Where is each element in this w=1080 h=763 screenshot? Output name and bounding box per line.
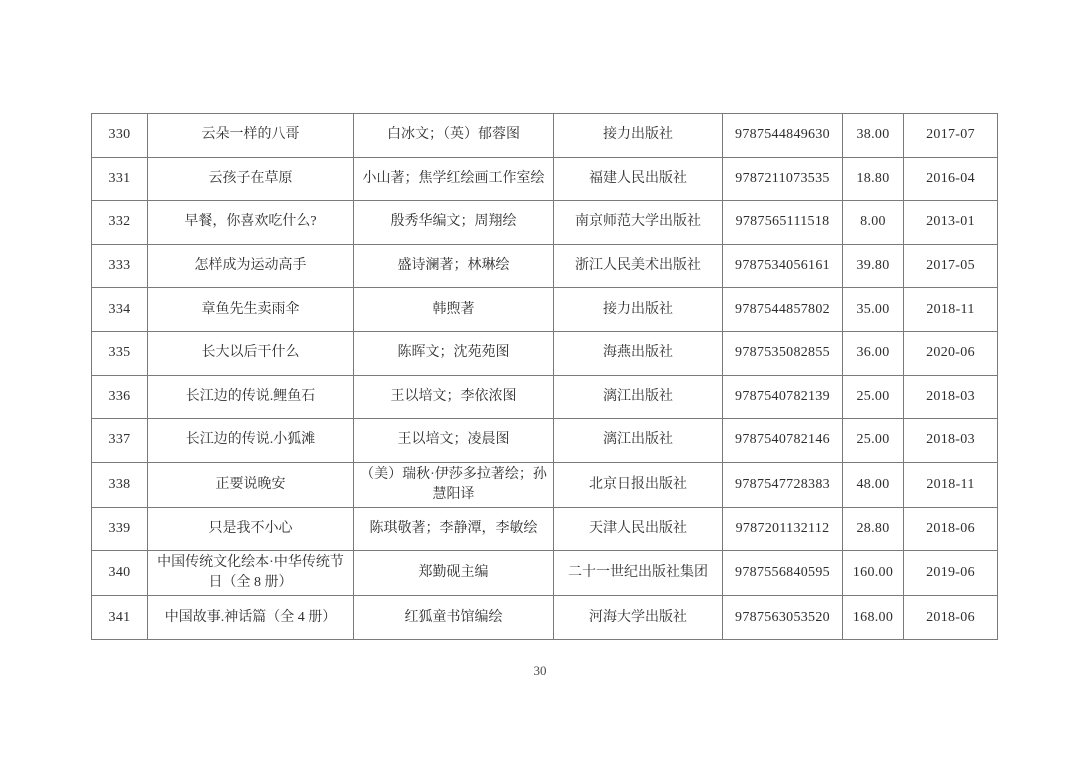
cell-isbn: 9787540782146 [723, 419, 843, 463]
cell-date: 2018-06 [904, 507, 998, 551]
cell-index: 336 [92, 375, 148, 419]
cell-author: 韩煦著 [354, 288, 554, 332]
cell-price: 38.00 [843, 114, 904, 158]
cell-isbn: 9787544849630 [723, 114, 843, 158]
cell-author: 陈琪敬著；李静潭，李敏绘 [354, 507, 554, 551]
cell-isbn: 9787535082855 [723, 331, 843, 375]
cell-publisher: 河海大学出版社 [554, 596, 723, 640]
cell-index: 335 [92, 331, 148, 375]
cell-price: 168.00 [843, 596, 904, 640]
cell-author: 白冰文；（英）郁蓉图 [354, 114, 554, 158]
cell-isbn: 9787544857802 [723, 288, 843, 332]
table-row: 337长江边的传说.小狐滩王以培文；凌晨图漓江出版社97875407821462… [92, 419, 998, 463]
cell-price: 18.80 [843, 157, 904, 201]
cell-price: 48.00 [843, 462, 904, 507]
document-page: 330云朵一样的八哥白冰文；（英）郁蓉图接力出版社978754484963038… [0, 0, 1080, 763]
cell-author: 盛诗澜著；林琳绘 [354, 244, 554, 288]
cell-title: 怎样成为运动高手 [148, 244, 354, 288]
cell-author: 王以培文；凌晨图 [354, 419, 554, 463]
cell-date: 2018-03 [904, 375, 998, 419]
cell-author: 王以培文；李依浓图 [354, 375, 554, 419]
cell-author: 红狐童书馆编绘 [354, 596, 554, 640]
cell-publisher: 南京师范大学出版社 [554, 201, 723, 245]
cell-index: 338 [92, 462, 148, 507]
cell-index: 332 [92, 201, 148, 245]
cell-publisher: 接力出版社 [554, 288, 723, 332]
cell-publisher: 接力出版社 [554, 114, 723, 158]
cell-index: 340 [92, 551, 148, 596]
cell-price: 160.00 [843, 551, 904, 596]
cell-price: 8.00 [843, 201, 904, 245]
cell-title: 长大以后干什么 [148, 331, 354, 375]
cell-isbn: 9787534056161 [723, 244, 843, 288]
page-number: 30 [0, 663, 1080, 679]
cell-date: 2018-06 [904, 596, 998, 640]
cell-publisher: 天津人民出版社 [554, 507, 723, 551]
table-row: 331云孩子在草原小山著；焦学红绘画工作室绘福建人民出版社97872110735… [92, 157, 998, 201]
cell-price: 25.00 [843, 419, 904, 463]
cell-title: 正要说晚安 [148, 462, 354, 507]
table-body: 330云朵一样的八哥白冰文；（英）郁蓉图接力出版社978754484963038… [92, 114, 998, 640]
cell-date: 2018-11 [904, 462, 998, 507]
cell-index: 331 [92, 157, 148, 201]
cell-publisher: 福建人民出版社 [554, 157, 723, 201]
cell-isbn: 9787201132112 [723, 507, 843, 551]
cell-author: 陈晖文；沈苑苑图 [354, 331, 554, 375]
cell-date: 2020-06 [904, 331, 998, 375]
cell-publisher: 北京日报出版社 [554, 462, 723, 507]
table-row: 332早餐，你喜欢吃什么?殷秀华编文；周翔绘南京师范大学出版社978756511… [92, 201, 998, 245]
cell-isbn: 9787556840595 [723, 551, 843, 596]
table-row: 341中国故事.神话篇（全 4 册）红狐童书馆编绘河海大学出版社97875630… [92, 596, 998, 640]
cell-price: 28.80 [843, 507, 904, 551]
cell-publisher: 海燕出版社 [554, 331, 723, 375]
cell-publisher: 漓江出版社 [554, 375, 723, 419]
cell-index: 334 [92, 288, 148, 332]
table-row: 333怎样成为运动高手盛诗澜著；林琳绘浙江人民美术出版社978753405616… [92, 244, 998, 288]
cell-publisher: 二十一世纪出版社集团 [554, 551, 723, 596]
table-row: 330云朵一样的八哥白冰文；（英）郁蓉图接力出版社978754484963038… [92, 114, 998, 158]
table-row: 340中国传统文化绘本·中华传统节日（全 8 册）郑勤砚主编二十一世纪出版社集团… [92, 551, 998, 596]
cell-title: 长江边的传说.小狐滩 [148, 419, 354, 463]
cell-author: （美）瑞秋·伊莎多拉著绘；孙慧阳译 [354, 462, 554, 507]
cell-title: 中国传统文化绘本·中华传统节日（全 8 册） [148, 551, 354, 596]
cell-isbn: 9787211073535 [723, 157, 843, 201]
cell-index: 337 [92, 419, 148, 463]
cell-date: 2019-06 [904, 551, 998, 596]
book-list-table: 330云朵一样的八哥白冰文；（英）郁蓉图接力出版社978754484963038… [91, 113, 998, 640]
cell-title: 早餐，你喜欢吃什么? [148, 201, 354, 245]
cell-author: 郑勤砚主编 [354, 551, 554, 596]
cell-title: 长江边的传说.鲤鱼石 [148, 375, 354, 419]
cell-date: 2016-04 [904, 157, 998, 201]
table-row: 336长江边的传说.鲤鱼石王以培文；李依浓图漓江出版社9787540782139… [92, 375, 998, 419]
table-row: 339只是我不小心陈琪敬著；李静潭，李敏绘天津人民出版社978720113211… [92, 507, 998, 551]
cell-title: 章鱼先生卖雨伞 [148, 288, 354, 332]
cell-date: 2013-01 [904, 201, 998, 245]
cell-price: 25.00 [843, 375, 904, 419]
cell-isbn: 9787540782139 [723, 375, 843, 419]
cell-title: 云朵一样的八哥 [148, 114, 354, 158]
cell-isbn: 9787565111518 [723, 201, 843, 245]
cell-title: 中国故事.神话篇（全 4 册） [148, 596, 354, 640]
cell-index: 330 [92, 114, 148, 158]
cell-isbn: 9787547728383 [723, 462, 843, 507]
cell-price: 36.00 [843, 331, 904, 375]
cell-date: 2017-07 [904, 114, 998, 158]
cell-index: 339 [92, 507, 148, 551]
cell-date: 2017-05 [904, 244, 998, 288]
cell-date: 2018-03 [904, 419, 998, 463]
table-row: 334章鱼先生卖雨伞韩煦著接力出版社978754485780235.002018… [92, 288, 998, 332]
cell-isbn: 9787563053520 [723, 596, 843, 640]
table-row: 338正要说晚安（美）瑞秋·伊莎多拉著绘；孙慧阳译北京日报出版社97875477… [92, 462, 998, 507]
cell-price: 39.80 [843, 244, 904, 288]
cell-publisher: 漓江出版社 [554, 419, 723, 463]
cell-author: 小山著；焦学红绘画工作室绘 [354, 157, 554, 201]
cell-price: 35.00 [843, 288, 904, 332]
table-row: 335长大以后干什么陈晖文；沈苑苑图海燕出版社978753508285536.0… [92, 331, 998, 375]
cell-author: 殷秀华编文；周翔绘 [354, 201, 554, 245]
cell-date: 2018-11 [904, 288, 998, 332]
cell-title: 只是我不小心 [148, 507, 354, 551]
cell-title: 云孩子在草原 [148, 157, 354, 201]
cell-index: 341 [92, 596, 148, 640]
cell-index: 333 [92, 244, 148, 288]
cell-publisher: 浙江人民美术出版社 [554, 244, 723, 288]
